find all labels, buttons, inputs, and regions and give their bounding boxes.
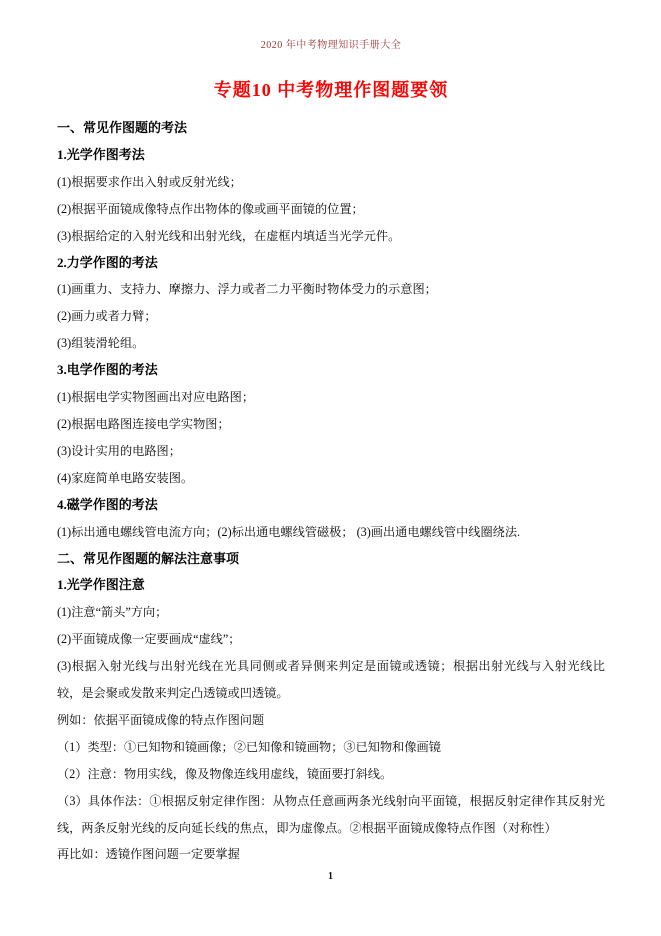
- section-heading: 一、常见作图题的考法: [57, 115, 605, 142]
- page-number: 1: [0, 871, 661, 882]
- paragraph: (1)注意“箭头”方向；: [57, 599, 605, 626]
- paragraph: (3)设计实用的电路图；: [57, 438, 605, 465]
- paragraph: (3)组装滑轮组。: [57, 330, 605, 357]
- document-body: 一、常见作图题的考法1.光学作图考法(1)根据要求作出入射或反射光线；(2)根据…: [57, 115, 605, 868]
- paragraph: (2)根据电路图连接电学实物图；: [57, 411, 605, 438]
- page-title: 专题10 中考物理作图题要领: [57, 76, 605, 102]
- paragraph: (3)根据入射光线与出射光线在光具同侧或者异侧来判定是面镜或透镜；根据出射光线与…: [57, 653, 605, 707]
- document-header: 2020 年中考物理知识手册大全: [57, 36, 605, 50]
- paragraph: （1）类型：①已知物和镜画像；②已知像和镜画物；③已知物和像画镜: [57, 734, 605, 761]
- paragraph: (1)根据要求作出入射或反射光线；: [57, 169, 605, 196]
- paragraph: (2)平面镜成像一定要画成“虚线”；: [57, 626, 605, 653]
- section-heading: 二、常见作图题的解法注意事项: [57, 546, 605, 573]
- section-heading: 2.力学作图的考法: [57, 250, 605, 277]
- paragraph: (3)根据给定的入射光线和出射光线，在虚框内填适当光学元件。: [57, 223, 605, 250]
- section-heading: 1.光学作图考法: [57, 142, 605, 169]
- paragraph: (2)画力或者力臂；: [57, 303, 605, 330]
- section-heading: 1.光学作图注意: [57, 572, 605, 599]
- paragraph: 例如：依据平面镜成像的特点作图问题: [57, 707, 605, 734]
- paragraph: 再比如：透镜作图问题一定要掌握: [57, 841, 605, 868]
- paragraph: (1)画重力、支持力、摩擦力、浮力或者二力平衡时物体受力的示意图；: [57, 276, 605, 303]
- section-heading: 4.磁学作图的考法: [57, 492, 605, 519]
- paragraph: （3）具体作法：①根据反射定律作图：从物点任意画两条光线射向平面镜，根据反射定律…: [57, 788, 605, 842]
- document-page: 2020 年中考物理知识手册大全 专题10 中考物理作图题要领 一、常见作图题的…: [0, 0, 661, 936]
- paragraph: (1)根据电学实物图画出对应电路图；: [57, 384, 605, 411]
- paragraph: (1)标出通电螺线管电流方向；(2)标出通电螺线管磁极； (3)画出通电螺线管中…: [57, 519, 605, 546]
- paragraph: (4)家庭简单电路安装图。: [57, 465, 605, 492]
- paragraph: （2）注意：物用实线，像及物像连线用虚线，镜面要打斜线。: [57, 761, 605, 788]
- section-heading: 3.电学作图的考法: [57, 357, 605, 384]
- paragraph: (2)根据平面镜成像特点作出物体的像或画平面镜的位置；: [57, 196, 605, 223]
